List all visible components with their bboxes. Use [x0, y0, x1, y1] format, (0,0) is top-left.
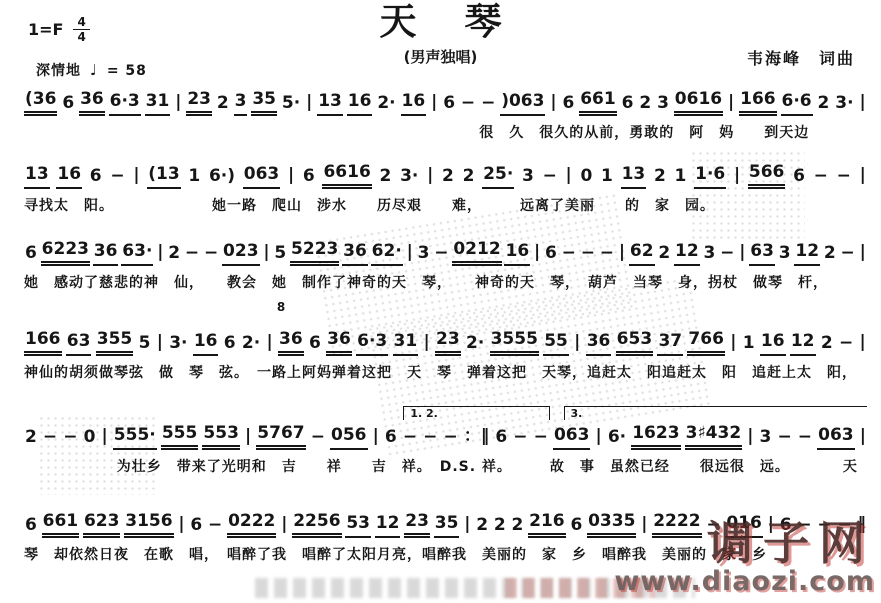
note-token: 2256 [292, 512, 341, 538]
note-token: 6 [569, 516, 583, 538]
note-token: 555 [161, 424, 199, 450]
note-token: 6 [223, 334, 237, 356]
note-token: 3 [759, 428, 773, 450]
note-token: 6 [24, 244, 38, 266]
note-token: 063 [553, 426, 591, 450]
note-token: 3· [399, 167, 419, 189]
note-token: 3 [778, 244, 792, 266]
octave-mark: 8 [277, 300, 285, 314]
barline: | [406, 243, 414, 266]
note-token: 6 [442, 94, 456, 116]
note-token: 6·6 [781, 92, 813, 116]
note-token: 2 [441, 167, 455, 189]
barline: | [859, 243, 867, 266]
note-token: 12 [790, 332, 816, 356]
volta-bracket-3: 3. [564, 406, 867, 420]
note-token: − [433, 244, 449, 266]
note-token: − [836, 167, 852, 189]
note-token: 2 [657, 244, 671, 266]
note-token: 6 [89, 167, 103, 189]
note-token: 62· [371, 242, 403, 266]
note-token: 5223 [290, 240, 339, 266]
note-token: 2 [820, 334, 834, 356]
note-token: 3· [168, 334, 188, 356]
note-token: − [109, 167, 125, 189]
lyrics-row: 神仙的胡须做琴弦 做 琴 弦。 一路上阿妈弹着这把 天 琴 弹着这把 天琴，追赶… [24, 362, 867, 382]
note-token: 6 [24, 516, 38, 538]
note-token: − [480, 94, 496, 116]
note-token: 216 [528, 512, 566, 538]
note-token: 1 [742, 334, 756, 356]
music-system-5: 1. 2. 3. 2−−0|555·555553|5767−056|6−−−：‖… [24, 424, 867, 476]
note-token: − [797, 428, 813, 450]
note-token: 1623 [631, 424, 680, 450]
note-token: − [203, 244, 219, 266]
note-token: 16 [504, 242, 530, 266]
notation-row: 2−−0|555·555553|5767−056|6−−−：‖6−−063|6·… [24, 424, 867, 450]
note-token: 653 [616, 330, 654, 356]
note-token: 36 [278, 330, 304, 356]
note-token: 553 [202, 424, 240, 450]
note-token: − [533, 428, 549, 450]
lyrics-row: 很 久 很久的从前，勇敢的 阿 妈 到天边 [24, 122, 867, 142]
note-token: 16 [193, 332, 219, 356]
note-token: 16 [401, 92, 427, 116]
note-token: 31 [145, 92, 171, 116]
note-token: 2 [823, 244, 837, 266]
note-token: − [561, 244, 577, 266]
note-token: 6 [621, 94, 635, 116]
note-token: − [184, 244, 200, 266]
barline: | [426, 166, 434, 189]
barline: | [156, 243, 164, 266]
note-token: 3 [703, 244, 717, 266]
note-token: 6·3 [356, 332, 388, 356]
note-token: 3 [234, 92, 248, 116]
note-token: 6 [189, 516, 203, 538]
note-token: − [512, 428, 528, 450]
note-token: 3 [521, 167, 535, 189]
note-token: 166 [24, 330, 62, 356]
note-token: 16 [760, 332, 786, 356]
note-token: 6 [302, 167, 316, 189]
music-system-4: 166633555|3·1662·|366366·331|232·355555|… [24, 330, 867, 382]
note-token: 23 [186, 90, 212, 116]
lyrics-row: 为壮乡 带来了光明和 吉 祥 吉 祥。 D.S. 祥。 故 事 虽然已经 很远很… [24, 456, 867, 476]
barline: | [733, 166, 741, 189]
note-token: 023 [222, 242, 260, 266]
note-token: 6 [494, 428, 508, 450]
notation-row: 166633555|3·1662·|366366·331|232·355555|… [24, 330, 867, 356]
note-token: 53 [345, 514, 371, 538]
note-token: )063 [500, 92, 545, 116]
note-token: 6 [792, 167, 806, 189]
note-token: 12 [375, 514, 401, 538]
note-token: 1 [674, 167, 688, 189]
note-token: 1 [187, 167, 201, 189]
barline: | [738, 243, 746, 266]
note-token: 25· [482, 165, 514, 189]
note-token: − [580, 244, 596, 266]
note-token: 166 [739, 90, 777, 116]
note-token: 23 [435, 330, 461, 356]
barline: | [244, 427, 252, 450]
note-token: 2 [379, 167, 393, 189]
barline: | [618, 243, 626, 266]
barline: ：‖ [463, 427, 491, 450]
note-token: 35 [251, 90, 277, 116]
barline: | [132, 166, 140, 189]
note-token: 6 [384, 428, 398, 450]
note-token: 6·) [208, 167, 236, 189]
note-token: 23 [404, 512, 430, 538]
note-token: 2 [24, 428, 38, 450]
barline: | [859, 166, 867, 189]
note-token: 3555 [490, 330, 539, 356]
barline: | [262, 243, 270, 266]
note-token: 623 [83, 512, 121, 538]
composer-credit: 韦海峰 词曲 [747, 46, 855, 69]
music-system-2: 13166−|(1316·)063|6661623·|2225·3−|01132… [24, 163, 867, 215]
note-token: 6223 [41, 240, 90, 266]
note-token: 2 [216, 94, 230, 116]
song-title: 天琴 [0, 2, 881, 43]
note-token: 36 [93, 242, 119, 266]
note-token: 36 [342, 242, 368, 266]
note-token: 661 [42, 512, 80, 538]
note-token: − [719, 244, 735, 266]
note-token: 13 [621, 165, 647, 189]
volta-label: 3. [571, 407, 583, 420]
note-token: 2 [462, 167, 476, 189]
barline: | [430, 93, 438, 116]
note-token: 35 [434, 514, 460, 538]
note-token: 3 [656, 94, 670, 116]
note-token: 13 [24, 165, 50, 189]
note-token: 62 [629, 242, 655, 266]
note-token: 2 [638, 94, 652, 116]
note-token: 2 [817, 94, 831, 116]
note-token: 13 [317, 92, 343, 116]
note-token: 2 [511, 516, 525, 538]
note-token: 3· [834, 94, 854, 116]
barline: | [156, 333, 164, 356]
note-token: 555· [113, 426, 157, 450]
note-token: 2 [653, 167, 667, 189]
note-token: 0212 [452, 240, 501, 266]
note-token: 5767 [256, 424, 305, 450]
note-token: − [402, 428, 418, 450]
note-token: − [422, 428, 438, 450]
note-token: 2 [167, 244, 181, 266]
volta-bracket-1-2: 1. 2. [403, 406, 550, 420]
note-token: 0 [83, 428, 97, 450]
barline: | [463, 515, 471, 538]
note-token: 16 [56, 165, 82, 189]
notation-row: 662233663·|2−−023|552233662·|3−021216|6−… [24, 240, 867, 266]
note-token: 5 [273, 244, 287, 266]
note-token: − [542, 167, 558, 189]
note-token: 6616 [322, 163, 371, 189]
barline: | [595, 427, 603, 450]
barline: | [746, 427, 754, 450]
barline: | [533, 243, 541, 266]
note-token: 6 [561, 94, 575, 116]
barline: | [280, 515, 288, 538]
barline: | [266, 333, 274, 356]
note-token: − [42, 428, 58, 450]
note-token: 2· [241, 334, 261, 356]
note-token: 36 [586, 332, 612, 356]
note-token: 766 [687, 330, 725, 356]
note-token: 63· [121, 242, 153, 266]
note-token: 6 [544, 244, 558, 266]
notation-row: (366366·331|2323355·|13162·16|6−−)063|66… [24, 90, 867, 116]
note-token: 12 [674, 242, 700, 266]
lyrics-row: 寻找太 阳。 她一路 爬山 涉水 历尽艰 难， 远离了美丽 的 家 园。 [24, 195, 867, 215]
barline: | [287, 166, 295, 189]
barline: | [859, 427, 867, 450]
sheet-music-page: 1=F 4 4 深情地 ♩ = 58 天琴 (男声独唱) 韦海峰 词曲 (366… [0, 0, 881, 603]
note-token: 6· [607, 428, 627, 450]
note-token: 5 [138, 334, 152, 356]
note-token: 63 [749, 242, 775, 266]
note-token: − [460, 94, 476, 116]
note-token: 55 [543, 332, 569, 356]
barline: | [101, 427, 109, 450]
note-token: 2· [376, 94, 396, 116]
barline: | [174, 93, 182, 116]
note-token: − [776, 428, 792, 450]
note-token: 063 [817, 426, 855, 450]
barline: | [858, 93, 866, 116]
note-token: 5· [281, 94, 301, 116]
music-system-3: 662233663·|2−−023|552233662·|3−021216|6−… [24, 240, 867, 292]
note-token: − [442, 428, 458, 450]
site-watermark-url: www.diaozi.com [614, 568, 875, 595]
note-token: 31 [393, 332, 419, 356]
barline: | [372, 427, 380, 450]
note-token: 566 [748, 163, 786, 189]
note-token: 2 [475, 516, 489, 538]
note-token: 37 [657, 332, 683, 356]
music-system-1: (366366·331|2323355·|13162·16|6−−)063|66… [24, 90, 867, 142]
barline: | [573, 333, 581, 356]
note-token: 3 [417, 244, 431, 266]
note-token: 0616 [674, 90, 723, 116]
note-token: 0222 [227, 512, 276, 538]
note-token: − [62, 428, 78, 450]
barline: | [423, 333, 431, 356]
site-watermark-name: 调子网 [614, 520, 875, 566]
note-token: 2 [493, 516, 507, 538]
note-token: 6 [61, 94, 75, 116]
note-token: 16 [347, 92, 373, 116]
note-token: 6 [308, 334, 322, 356]
note-token: − [599, 244, 615, 266]
note-token: (13 [147, 165, 180, 189]
note-token: − [840, 244, 856, 266]
site-watermark: 调子网 www.diaozi.com [614, 520, 875, 595]
note-token: 063 [243, 165, 281, 189]
barline: | [565, 166, 573, 189]
note-token: 3♯432 [685, 424, 743, 450]
note-token: 2· [465, 334, 485, 356]
note-token: 661 [579, 90, 617, 116]
barline: | [727, 93, 735, 116]
note-token: 36 [326, 330, 352, 356]
note-token: 3156 [124, 512, 173, 538]
note-token: − [207, 516, 223, 538]
note-token: 6·3 [109, 92, 141, 116]
barline: | [305, 93, 313, 116]
barline: | [549, 93, 557, 116]
barline: | [729, 333, 737, 356]
note-token: 1 [600, 167, 614, 189]
note-token: 056 [330, 426, 368, 450]
volta-label: 1. 2. [410, 407, 438, 420]
note-token: 355 [96, 330, 134, 356]
note-token: 12 [794, 242, 820, 266]
notation-row: 13166−|(1316·)063|6661623·|2225·3−|01132… [24, 163, 867, 189]
note-token: − [813, 167, 829, 189]
note-token: 0 [579, 167, 593, 189]
note-token: 36 [79, 90, 105, 116]
note-token: 1·6 [694, 165, 726, 189]
note-token: − [838, 334, 854, 356]
note-token: 63 [66, 332, 92, 356]
barline: | [177, 515, 185, 538]
note-token: − [310, 428, 326, 450]
lyrics-row: 她 感动了慈悲的神 仙， 教会 她 制作了神奇的天 琴， 神奇的天 琴， 葫芦 … [24, 272, 867, 292]
note-token: (36 [24, 90, 57, 116]
barline: | [859, 333, 867, 356]
